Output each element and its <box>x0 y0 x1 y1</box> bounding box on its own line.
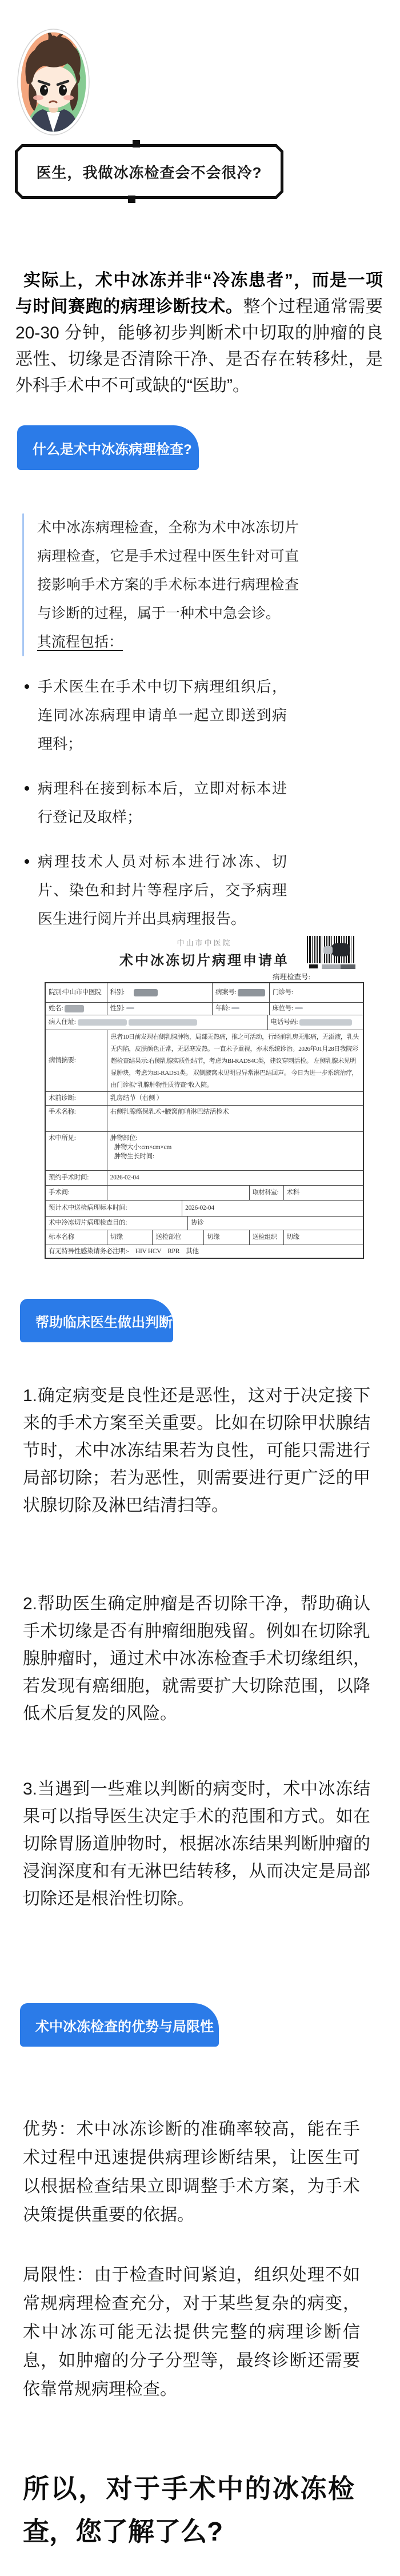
point-paragraph-2: 2.帮助医生确定肿瘤是否切除干净，帮助确认手术切缘是否有肿瘤细胞残留。例如在切除… <box>23 1590 370 1728</box>
redaction-tick <box>295 1007 303 1009</box>
point-paragraph-1: 1.确定病变是良性还是恶性，这对于决定接下来的手术方案至关重要。比如在切除甲状腺… <box>23 1382 370 1520</box>
redaction-block <box>299 1019 352 1026</box>
table-row: 术前诊断: 乳房结节（右侧 ） <box>46 1092 364 1106</box>
boy-avatar <box>17 29 90 135</box>
quote-block: 术中冰冻病理检查，全称为术中冰冻切片病理检查，它是手术过程中医生针对可直接影响手… <box>22 513 300 656</box>
redaction-block <box>65 1005 84 1012</box>
intro-paragraph: 实际上，术中冰冻并非“冷冻患者”，而是一项与时间赛跑的病理诊断技术。整个过程通常… <box>15 268 383 399</box>
redaction-tick <box>126 1007 134 1009</box>
appointment-value-cell: 2026-02-04 <box>107 1171 364 1186</box>
appointment-label-cell: 预约手术时间: <box>46 1171 107 1186</box>
specimen-col-cell: 切缘 <box>107 1230 153 1245</box>
speech-bubble: 医生，我做冰冻检查会不会很冷? <box>15 144 283 199</box>
bubble-pixel-notch-top <box>133 140 140 147</box>
summary-text-cell: 患者10日前发现右侧乳腺肿物，局部无热痛，推之可活动，行经前乳房无胀痛，无溢液，… <box>107 1030 364 1092</box>
table-row: 术中冷冻切片病理检查目的: 协诊 <box>46 1217 364 1230</box>
table-row: 术中所见: 肿物部位: 肿物大小:cm×cm×cm 肿物生长时间: <box>46 1132 364 1171</box>
speech-bubble-border: 医生，我做冰冻检查会不会很冷? <box>15 144 283 199</box>
preop-value-cell: 乳房结节（右侧 ） <box>107 1092 364 1106</box>
barcode-smudge <box>331 943 350 956</box>
or-label-cell: 手术间: <box>46 1186 107 1201</box>
list-item: 病理科在接到标本后，立即对标本进行登记及取样； <box>23 774 287 831</box>
finding-line: 肿物部位: <box>110 1134 360 1143</box>
quote-accent-line <box>22 513 24 656</box>
case-number-cell: 病案号: <box>213 983 270 1003</box>
bullet-text-3: 病理技术人员对标本进行冰冻、切片、染色和封片等程序后，交予病理医生进行阅片并出具… <box>38 847 287 933</box>
department-cell: 科别: <box>107 983 213 1003</box>
send-label-cell: 预计术中送检病理标本时间: <box>46 1201 182 1217</box>
or-value-cell <box>107 1186 250 1201</box>
dept-label-cell: 取材科室: <box>250 1186 284 1201</box>
outpatient-number-cell: 门诊号: <box>270 983 364 1003</box>
send-value-cell: 2026-02-04 <box>182 1201 364 1217</box>
table-row: 手术间: 取材科室: 术科 <box>46 1186 364 1201</box>
exam-number-label: 病理检查号: <box>273 971 310 982</box>
closing-question: 所以，对于手术中的冰冻检查，您了解了么? <box>23 2467 354 2553</box>
table-row: 有无特异性感染请务必注明:- HIV HCV RPR 其他 <box>46 1245 364 1259</box>
preop-label-cell: 术前诊断: <box>46 1092 107 1106</box>
form-table: 院别:中山市中医院 科别: 病案号: 门诊号: 姓名: 性别: 年龄: 床位号:… <box>45 982 364 1259</box>
barcode-number-redaction <box>309 964 318 968</box>
barcode <box>307 936 355 963</box>
barcode-smudge-light <box>323 946 333 954</box>
specimen-col-cell: 切缘 <box>204 1230 250 1245</box>
bubble-pixel-notch-bottom <box>128 196 135 203</box>
redaction-tick <box>231 1007 239 1009</box>
limitation-paragraph: 局限性：由于检查时间紧迫，组织处理不如常规病理检查充分，对于某些复杂的病变，术中… <box>23 2261 360 2404</box>
table-row: 手术名称: 右侧乳腺癌保乳术+腋窝前哨淋巴结活检术 <box>46 1106 364 1132</box>
specimen-col-cell: 标本名称 <box>46 1230 107 1245</box>
specimen-col-cell: 送检组织 <box>250 1230 284 1245</box>
bullet-text-1: 手术医生在手术中切下病理组织后，连同冰冻病理申请单一起立即送到病理科； <box>38 672 287 758</box>
findings-label-cell: 术中所见: <box>46 1132 107 1171</box>
table-row: 姓名: 性别: 年龄: 床位号: <box>46 1003 364 1015</box>
purpose-label-cell: 术中冷冻切片病理检查目的: <box>46 1217 188 1230</box>
table-row: 院别:中山市中医院 科别: 病案号: 门诊号: <box>46 983 364 1003</box>
list-item: 病理技术人员对标本进行冰冻、切片、染色和封片等程序后，交予病理医生进行阅片并出具… <box>23 847 287 933</box>
specimen-col-cell: 送检部位 <box>153 1230 204 1245</box>
barcode-number-redaction <box>341 964 355 969</box>
article-page: 医生，我做冰冻检查会不会很冷? 实际上，术中冰冻并非“冷冻患者”，而是一项与时间… <box>0 0 400 2576</box>
surgery-label-cell: 手术名称: <box>46 1106 107 1132</box>
bullet-text-2: 病理科在接到标本后，立即对标本进行登记及取样； <box>38 774 287 831</box>
finding-line: 肿物生长时间: <box>110 1152 360 1161</box>
table-row: 预约手术时间: 2026-02-04 <box>46 1171 364 1186</box>
bullet-dot-icon <box>25 684 29 689</box>
patient-question: 医生，我做冰冻检查会不会很冷? <box>37 161 262 182</box>
section1-title: 什么是术中冰冻病理检查? <box>33 438 192 458</box>
quote-subtitle: 其流程包括： <box>37 634 123 650</box>
address-cell: 病人住址: <box>46 1015 268 1030</box>
summary-label-cell: 病情摘要: <box>46 1030 107 1092</box>
quote-text: 术中冰冻病理检查，全称为术中冰冻切片病理检查，它是手术过程中医生针对可直接影响手… <box>37 520 299 621</box>
infection-note-cell: 有无特异性感染请务必注明:- HIV HCV RPR 其他 <box>46 1245 364 1259</box>
section2-title: 帮助临床医生做出判断 <box>35 1311 173 1331</box>
redaction-block <box>238 989 265 996</box>
findings-value-cell: 肿物部位: 肿物大小:cm×cm×cm 肿物生长时间: <box>107 1132 364 1171</box>
speech-bubble-inner: 医生，我做冰冻检查会不会很冷? <box>18 147 281 196</box>
redaction-block <box>78 1019 127 1026</box>
age-cell: 年龄: <box>213 1003 270 1015</box>
pathology-request-form-scan: 中山市中医院 术中冰冻切片病理申请单 病理检查号: 院别:中山市中医院 科别: … <box>45 936 364 1265</box>
table-row: 病情摘要: 患者10日前发现右侧乳腺肿物，局部无热痛，推之可活动，行经前乳房无胀… <box>46 1030 364 1092</box>
section3-title: 术中冰冻检查的优势与局限性 <box>35 2015 214 2035</box>
specimen-col-cell: 切缘 <box>284 1230 364 1245</box>
table-row: 预计术中送检病理标本时间: 2026-02-04 <box>46 1201 364 1217</box>
finding-line: 肿物大小:cm×cm×cm <box>110 1143 360 1152</box>
list-item: 手术医生在手术中切下病理组织后，连同冰冻病理申请单一起立即送到病理科； <box>23 672 287 758</box>
quote-body: 术中冰冻病理检查，全称为术中冰冻切片病理检查，它是手术过程中医生针对可直接影响手… <box>37 513 299 656</box>
phone-cell: 电话号码: <box>268 1015 364 1030</box>
redaction-block <box>129 1019 197 1026</box>
barcode-number-redaction <box>322 964 341 969</box>
boy-avatar-illustration <box>17 29 90 135</box>
sex-cell: 性别: <box>107 1003 213 1015</box>
process-bullet-list: 手术医生在手术中切下病理组织后，连同冰冻病理申请单一起立即送到病理科； 病理科在… <box>23 672 287 949</box>
advantage-paragraph: 优势：术中冰冻诊断的准确率较高，能在手术过程中迅速提供病理诊断结果，让医生可以根… <box>23 2115 360 2230</box>
redaction-block <box>134 989 158 996</box>
surgery-value-cell: 右侧乳腺癌保乳术+腋窝前哨淋巴结活检术 <box>107 1106 364 1132</box>
dept-value-cell: 术科 <box>284 1186 365 1201</box>
name-cell: 姓名: <box>46 1003 107 1015</box>
table-row: 病人住址: 电话号码: <box>46 1015 364 1030</box>
section-header-help-judge: 帮助临床医生做出判断 <box>20 1299 173 1342</box>
purpose-value-cell: 协诊 <box>188 1217 364 1230</box>
hospital-cell: 院别:中山市中医院 <box>46 983 107 1003</box>
section-header-what-is: 什么是术中冰冻病理检查? <box>17 425 199 470</box>
bullet-dot-icon <box>25 786 29 791</box>
section-header-pros-cons: 术中冰冻检查的优势与局限性 <box>20 2003 219 2047</box>
bullet-dot-icon <box>25 859 29 864</box>
table-row: 标本名称 切缘 送检部位 切缘 送检组织 切缘 <box>46 1230 364 1245</box>
bed-number-cell: 床位号: <box>270 1003 364 1015</box>
point-paragraph-3: 3.当遇到一些难以判断的病变时，术中冰冻结果可以指导医生决定手术的范围和方式。如… <box>23 1776 370 1913</box>
